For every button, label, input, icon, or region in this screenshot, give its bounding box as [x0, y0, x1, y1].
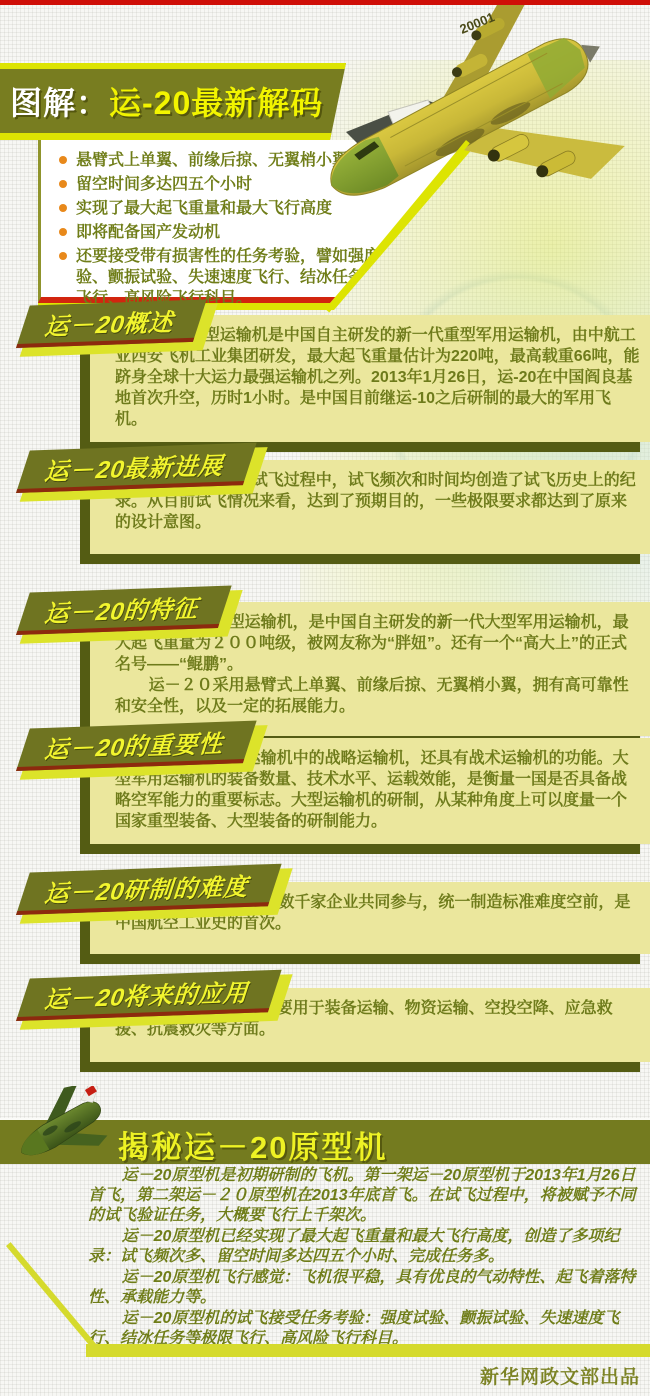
- heading-face: 运－20的重要性: [16, 721, 256, 771]
- list-item: 留空时间多达四五个小时: [59, 174, 415, 195]
- section-heading-label: 运－20将来的应用: [42, 972, 257, 1015]
- highlight-text: 即将配备国产发动机: [76, 222, 220, 243]
- bullet-icon: [59, 156, 67, 164]
- section-overview-heading: 运－20概述: [16, 306, 193, 348]
- highlight-text: 实现了最大起飞重量和最大飞行高度: [76, 198, 332, 219]
- heading-face: 运－20概述: [16, 299, 206, 348]
- bullet-icon: [59, 252, 67, 260]
- section-heading-label: 运－20的特征: [42, 588, 207, 629]
- section-heading-label: 运－20研制的难度: [42, 866, 257, 909]
- small-tail-fin: [76, 1086, 104, 1107]
- tail-number: 20001: [458, 9, 497, 36]
- bottom-diagonal-accent: [6, 1242, 97, 1349]
- section-application-heading: 运－20将来的应用: [16, 979, 268, 1021]
- section-difficulty-heading: 运－20研制的难度: [16, 873, 268, 915]
- section-heading-label: 运－20概述: [42, 302, 182, 342]
- section-features-heading: 运－20的特征: [16, 593, 218, 635]
- prototype-heading: 揭秘运－20原型机: [118, 1122, 387, 1167]
- highlight-text: 悬臂式上单翼、前缘后掠、无翼梢小翼: [76, 150, 348, 171]
- page-title: 图解：运-20最新解码: [0, 78, 323, 124]
- small-flag-marking: [85, 1086, 97, 1096]
- prototype-paragraph: 运－20原型机已经实现了最大起飞重量和最大飞行高度，创造了多项纪录：试飞频次多、…: [88, 1227, 646, 1267]
- footer-credit: 新华网政文部出品: [0, 1362, 640, 1389]
- heading-face: 运－20最新进展: [16, 443, 256, 493]
- highlight-text: 留空时间多达四五个小时: [76, 174, 252, 195]
- section-heading-label: 运－20最新进展: [42, 445, 232, 487]
- heading-face: 运－20的特征: [16, 585, 231, 635]
- page-title-main: 运-20最新解码: [109, 85, 323, 121]
- flag-marking: [404, 114, 431, 135]
- section-importance-heading: 运－20的重要性: [16, 729, 243, 771]
- prototype-paragraph: 运－20原型机飞行感觉：飞机很平稳，具有优良的气动特性、起飞着落特性、承载能力等…: [88, 1268, 646, 1308]
- section-heading-label: 运－20的重要性: [42, 723, 232, 765]
- masthead-band: 图解：运-20最新解码: [0, 63, 346, 140]
- list-item: 实现了最大起飞重量和最大飞行高度: [59, 198, 415, 219]
- section-progress-heading: 运－20最新进展: [16, 451, 243, 493]
- prototype-paragraph: 运－20原型机是初期研制的飞机。第一架运－20原型机于2013年1月26日首飞，…: [88, 1166, 646, 1226]
- top-red-bar: [0, 0, 650, 5]
- list-item: 即将配备国产发动机: [59, 222, 415, 243]
- list-item: 悬臂式上单翼、前缘后掠、无翼梢小翼: [59, 150, 415, 171]
- infographic-page: 图解：运-20最新解码: [0, 0, 650, 1396]
- bullet-icon: [59, 180, 67, 188]
- section-paragraph: 运－２０采用悬臂式上单翼、前缘后掠、无翼梢小翼，拥有高可靠性和安全性，以及一定的…: [115, 675, 640, 717]
- highlight-text: 还要接受带有损害性的任务考验，譬如强度试验、颤振试验、失速速度飞行、结冰任务等极…: [76, 246, 415, 309]
- bullet-icon: [59, 204, 67, 212]
- bottom-accent-bar: [86, 1344, 650, 1357]
- prototype-paragraph: 运－20原型机的试飞接受任务考验：强度试验、颤振试验、失速速度飞行、结冰任务等极…: [88, 1309, 646, 1349]
- highlights-list: 悬臂式上单翼、前缘后掠、无翼梢小翼 留空时间多达四五个小时 实现了最大起飞重量和…: [41, 140, 415, 309]
- bullet-icon: [59, 228, 67, 236]
- prototype-text: 运－20原型机是初期研制的飞机。第一架运－20原型机于2013年1月26日首飞，…: [88, 1166, 646, 1350]
- page-title-prefix: 图解：: [10, 85, 109, 121]
